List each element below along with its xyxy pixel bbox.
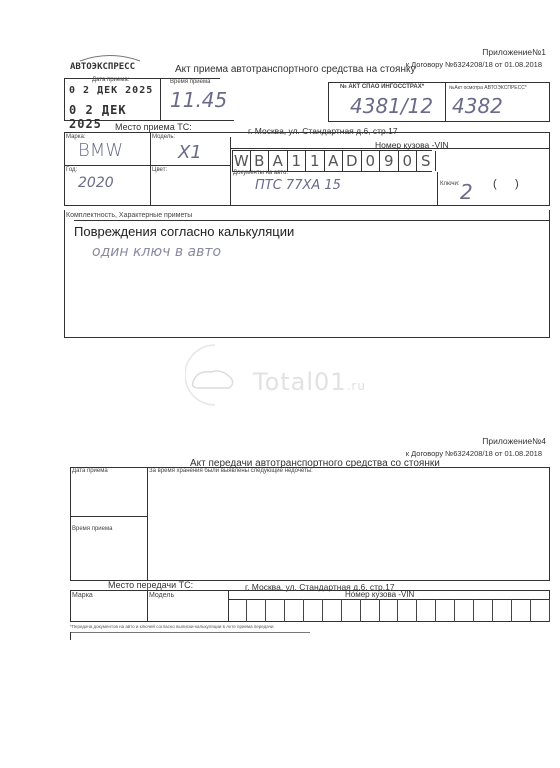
watermark-car-icon [185, 340, 245, 410]
vin-char-box: S [417, 151, 436, 171]
vin-char-box: D [343, 151, 362, 171]
time-label: Время приема [170, 79, 210, 85]
vin-empty-box [474, 599, 493, 622]
watermark: Total01.ru [185, 340, 405, 420]
appendix-1-label: Приложение№1 [482, 47, 546, 57]
docs-label: Документы на авто: [233, 170, 288, 176]
vin-empty-box [361, 599, 380, 622]
act2-brand-label: Марка [72, 592, 93, 599]
vin-empty-box [247, 599, 266, 622]
act-ingos-label: № АКТ СПАО ИНГОССТРАХ* [340, 84, 424, 90]
logo-arc-icon [70, 52, 150, 62]
vin-char-box: 0 [399, 151, 418, 171]
vin-char-box: A [325, 151, 344, 171]
year-label: Год: [66, 167, 77, 173]
place-label: Место приема ТС: [115, 122, 192, 132]
vin-char-box: 9 [380, 151, 399, 171]
act-avto-value: 4382 [452, 94, 503, 118]
vin-empty-box [455, 599, 474, 622]
vin-empty-box [493, 599, 512, 622]
vin-char-box: 0 [362, 151, 381, 171]
vin-empty-box [417, 599, 436, 622]
date-stamp-top: 0 2 ДЕК 2025 [69, 85, 153, 96]
act2-footnote: *Передача документов на авто и ключей со… [70, 624, 274, 629]
act2-place-label: Место передачи ТС: [108, 580, 193, 590]
vin-label: Номер кузова -VIN [375, 140, 449, 150]
features-label: Комплектность, Характерные приметы [66, 212, 192, 219]
vin-empty-box [398, 599, 417, 622]
vin-empty-box [228, 599, 247, 622]
vin-input-boxes: WBA11AD090S [232, 150, 432, 172]
defects-label: За время хранения были выявлены следующи… [149, 468, 313, 474]
handwritten-note: один ключ в авто [92, 244, 221, 260]
act-ingos-value: 4381/12 [350, 94, 433, 118]
vin-empty-box [323, 599, 342, 622]
vin-empty-box [512, 599, 531, 622]
vin-empty-box [380, 599, 399, 622]
brand-value: BMW [78, 140, 123, 161]
contract-1-label: к Договору №6324208/18 от 01.08.2018 [406, 60, 542, 69]
year-value: 2020 [78, 175, 114, 191]
vin-char-box: 1 [306, 151, 325, 171]
damage-text: Повреждения согласно калькуляции [74, 224, 294, 239]
keys-extra: ( ) [493, 178, 519, 190]
docs-value: ПТС 77ХА 15 [255, 178, 341, 193]
color-label: Цвет: [152, 167, 167, 173]
model-value: X1 [178, 142, 202, 163]
keys-label: Ключи: [440, 181, 460, 187]
vin-char-box: B [251, 151, 270, 171]
act2-date-label: Дата приема [72, 468, 108, 474]
vin-empty-box [436, 599, 455, 622]
vin-char-box: A [269, 151, 288, 171]
time-value: 11.45 [170, 88, 227, 112]
vin-empty-box [266, 599, 285, 622]
act2-defects-box [70, 467, 550, 581]
act2-vin-label: Номер кузова -VIN [345, 590, 414, 599]
keys-value: 2 [460, 180, 473, 204]
appendix-4-label: Приложение№4 [482, 436, 546, 446]
date-cell: Дата приема: 0 2 ДЕК 2025 0 2 ДЕК 2025 [64, 78, 160, 120]
act-avto-label: №Акт осмотра АВТОЭКСПРЕСС* [449, 85, 527, 91]
vin-empty-box [285, 599, 304, 622]
vin-empty-box [531, 599, 550, 622]
act2-vin-boxes [228, 599, 550, 622]
vin-char-box: W [232, 151, 251, 171]
act1-title: Акт приема автотранспортного средства на… [175, 64, 415, 75]
model-label: Модель: [152, 134, 175, 140]
vin-char-box: 1 [288, 151, 307, 171]
contract-2-label: к Договору №6324208/18 от 01.08.2018 [406, 449, 542, 458]
vin-empty-box [304, 599, 323, 622]
avtoexpress-logo: АВТОЭКСПРЕСС [70, 52, 150, 72]
act2-model-label: Модель [149, 592, 174, 599]
vin-empty-box [342, 599, 361, 622]
act2-time-label: Время приема [72, 526, 112, 532]
